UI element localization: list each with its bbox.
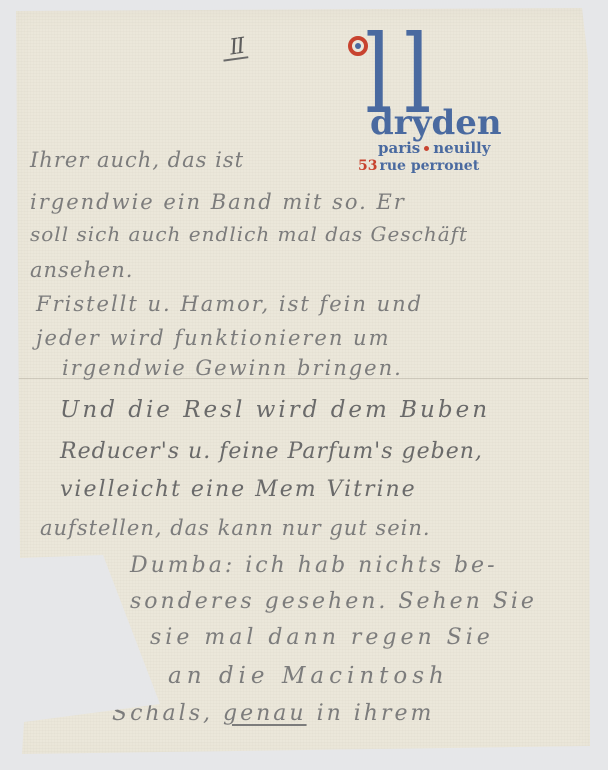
letter-line: irgendwie Gewinn bringen. [62,356,403,380]
letter-paper: II ll dryden parisneuilly 53rue perronet… [0,0,608,770]
letterhead: ll dryden parisneuilly 53rue perronet [320,20,540,190]
letter-line: Reducer's u. feine Parfum's geben, [60,440,483,464]
letter-line: Fristellt u. Hamor, ist fein und [36,292,423,316]
underlined-word: genau [223,701,307,726]
city-paris: paris [378,139,420,157]
letter-line: sonderes gesehen. Sehen Sie [130,590,537,614]
letter-line: Ihrer auch, das ist [30,148,244,172]
letter-line: aufstellen, das kann nur gut sein. [40,516,431,540]
letter-line: sie mal dann regen Sie [150,626,494,650]
letter-line: Und die Resl wird dem Buben [60,398,490,422]
letterhead-city: parisneuilly [378,140,490,156]
letter-line: an die Macintosh [168,664,449,688]
city-neuilly: neuilly [433,139,490,157]
letter-line: jeder wird funktionieren um [36,326,391,350]
letter-line: ansehen. [30,258,133,282]
street-number: 53 [358,158,377,174]
letter-line: vielleicht eine Mem Vitrine [60,478,417,502]
red-dot-separator-icon [424,146,429,151]
letter-line: irgendwie ein Band mit so. Er [30,190,406,214]
letter-line: soll sich auch endlich mal das Geschäft [30,222,468,246]
page-number: II [221,36,249,61]
letter-line: Dumba: ich hab nichts be- [130,554,498,578]
letter-word: Schals, [112,701,213,726]
letter-line: Schals, genau in ihrem [112,702,434,726]
letter-word: in ihrem [317,701,435,726]
letterhead-address: 53rue perronet [358,158,479,174]
letterhead-brand: dryden [370,106,502,140]
street-name: rue perronet [379,158,479,174]
